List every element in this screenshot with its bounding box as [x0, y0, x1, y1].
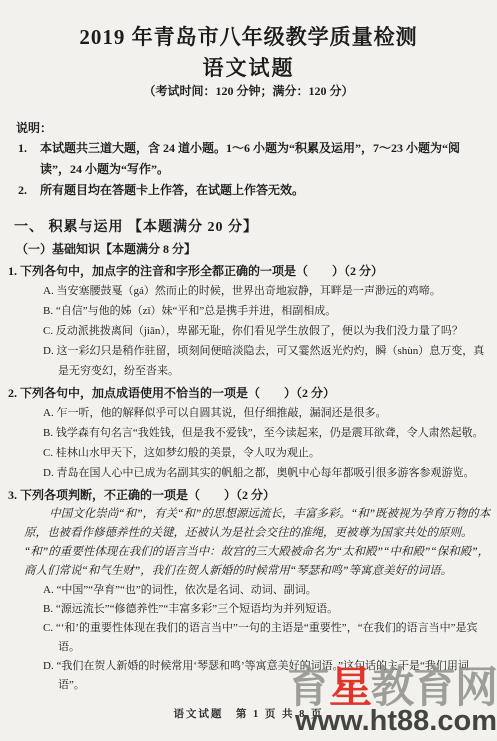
question-1-option-d: D. 这一彩幻只是稍作驻留，顷刻间便暗淡隐去，可又霎然返光灼灼，瞬（shùn）息… [0, 341, 497, 381]
question-2-stem: 2. 下列各句中，加点成语使用不恰当的一项是（ ）（2 分） [0, 383, 497, 403]
instruction-2-text: 所有题目均在答题卡上作答，在试题上作答无效。 [40, 180, 304, 201]
question-3-passage: 中国文化崇尚“和”，有关“和”的思想源远流长，丰富多彩。“和”既被视为孕育万物的… [24, 505, 492, 581]
question-3: 3. 下列各项判断，不正确的一项是（ ）（2 分） 中国文化崇尚“和”，有关“和… [0, 485, 497, 695]
exam-subject: 语文试题 [0, 54, 497, 82]
instruction-2-number: 2. [18, 180, 40, 201]
subsection-heading: （一）基础知识【本题满分 8 分】 [0, 239, 497, 259]
instruction-1-number: 1. [18, 138, 40, 180]
question-1-option-a: A. 当安塞腰鼓戛（gá）然而止的时候，世界出奇地寂静，耳畔是一声渺远的鸡啼。 [0, 281, 497, 301]
question-3-option-d: D. “我们在贺人新婚的时候常用‘琴瑟和鸣’等寓意美好的词语。”这句话的主干是“… [0, 657, 497, 695]
question-3-option-b: B. “源远流长”“修德养性”“丰富多彩”三个短语均为并列短语。 [0, 600, 497, 619]
question-1-stem: 1. 下列各句中，加点字的注音和字形全都正确的一项是（ ）（2 分） [0, 261, 497, 281]
exam-time-score-info: （考试时间：120 分钟；满分：120 分） [0, 82, 497, 100]
exam-paper: 2019 年青岛市八年级教学质量检测 语文试题 （考试时间：120 分钟；满分：… [0, 0, 497, 741]
question-2-option-c: C. 桂林山水甲天下，这如梦幻般的美景，令人叹为观止。 [0, 443, 497, 463]
section-heading: 一、 积累与运用 【本题满分 20 分】 [0, 217, 497, 239]
instruction-1-text: 本试题共三道大题，含 24 道小题。1～6 小题为“积累及运用”，7～23 小题… [40, 138, 487, 180]
exam-title: 2019 年青岛市八年级教学质量检测 [0, 22, 497, 52]
question-2-option-a: A. 乍一听，他的解释似乎可以自圆其说，但仔细推敲，漏洞还是很多。 [0, 403, 497, 423]
question-1: 1. 下列各句中，加点字的注音和字形全都正确的一项是（ ）（2 分） A. 当安… [0, 261, 497, 381]
page-footer: 语文试题 第 1 页 共 8 页 [0, 706, 497, 721]
instructions-block: 说明： 1. 本试题共三道大题，含 24 道小题。1～6 小题为“积累及运用”，… [0, 118, 497, 201]
instructions-label: 说明： [0, 118, 497, 138]
question-2: 2. 下列各句中，加点成语使用不恰当的一项是（ ）（2 分） A. 乍一听，他的… [0, 383, 497, 483]
scanned-exam-page: { "header": { "title": "2019 年青岛市八年级教学质量… [0, 0, 497, 741]
instruction-item-1: 1. 本试题共三道大题，含 24 道小题。1～6 小题为“积累及运用”，7～23… [0, 138, 497, 180]
question-1-option-b: B. “自信”与他的姊（zǐ）妹“平和”总是携手并进，相副相成。 [0, 301, 497, 321]
question-2-option-b: B. 钱学森有句名言“我姓钱，但是我不爱钱”，至今读起来，仍是震耳欲聋，令人肃然… [0, 423, 497, 443]
instruction-item-2: 2. 所有题目均在答题卡上作答，在试题上作答无效。 [0, 180, 497, 201]
question-3-stem: 3. 下列各项判断，不正确的一项是（ ）（2 分） [0, 485, 497, 505]
question-3-option-c: C. “‘和’的重要性体现在我们的语言当中”一句的主语是“重要性”，“在我们的语… [0, 619, 497, 657]
question-1-option-c: C. 反动派挑拨离间（jiān），卑鄙无耻，你们看见学生放假了，便以为我们没力量… [0, 321, 497, 341]
question-2-option-d: D. 青岛在国人心中已成为名副其实的帆船之都，奥帆中心每年都吸引很多游客参观游览… [0, 463, 497, 483]
question-3-option-a: A. “中国”“孕育”“也”的词性，依次是名词、动词、副词。 [0, 581, 497, 600]
